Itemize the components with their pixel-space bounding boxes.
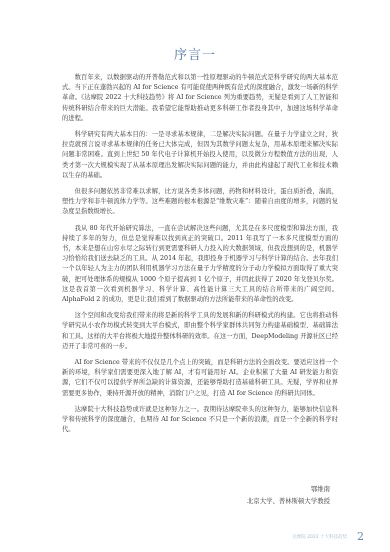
paragraph: 科学研究有两大基本目的：一是寻求基本规律，二是解决实际问题。在量子力学建立之时，… <box>62 130 338 181</box>
paragraph: 但很多问题依然非常难以求解，比方说各类多体问题，药物和材料设计，蛋白质折叠，湍流… <box>62 187 338 218</box>
paragraph: 数百年来，以数据驱动的开普勒范式和以第一性原理驱动的牛顿范式是科学研究的两大基本… <box>62 73 338 124</box>
footer-text: 达摩院 2022 十大科技趋势 <box>292 534 347 540</box>
page-title: 序言一 <box>0 44 390 63</box>
paragraph: 达摩院十大科技趋势或许就是这种努力之一。我期待达摩院牵头的这种努力，能够加快信息… <box>62 405 338 436</box>
paragraph: 我从 80 年代开始研究算法，一直在尝试解决这些问题，尤其是在多尺度模型和算法方… <box>62 224 338 306</box>
preface-body: 数百年来，以数据驱动的开普勒范式和以第一性原理驱动的牛顿范式是科学研究的两大基本… <box>62 73 338 442</box>
document-page: 序言一 数百年来，以数据驱动的开普勒范式和以第一性原理驱动的牛顿范式是科学研究的… <box>0 0 390 552</box>
signature-name: 鄂维南 <box>311 484 330 493</box>
page-footer: 达摩院 2022 十大科技趋势 2 <box>292 530 364 543</box>
paragraph: 这个空间和改变给我们带来的将是新的科学工具的发展和新的科研模式的构建。它也将推动… <box>62 311 338 352</box>
signature-affiliation: 北京大学、普林斯顿大学教授 <box>247 496 330 505</box>
page-number: 2 <box>357 530 364 543</box>
paragraph: AI for Science 带来的不仅仅是几个点上的突破，而是科研方法的全面改… <box>62 358 338 399</box>
